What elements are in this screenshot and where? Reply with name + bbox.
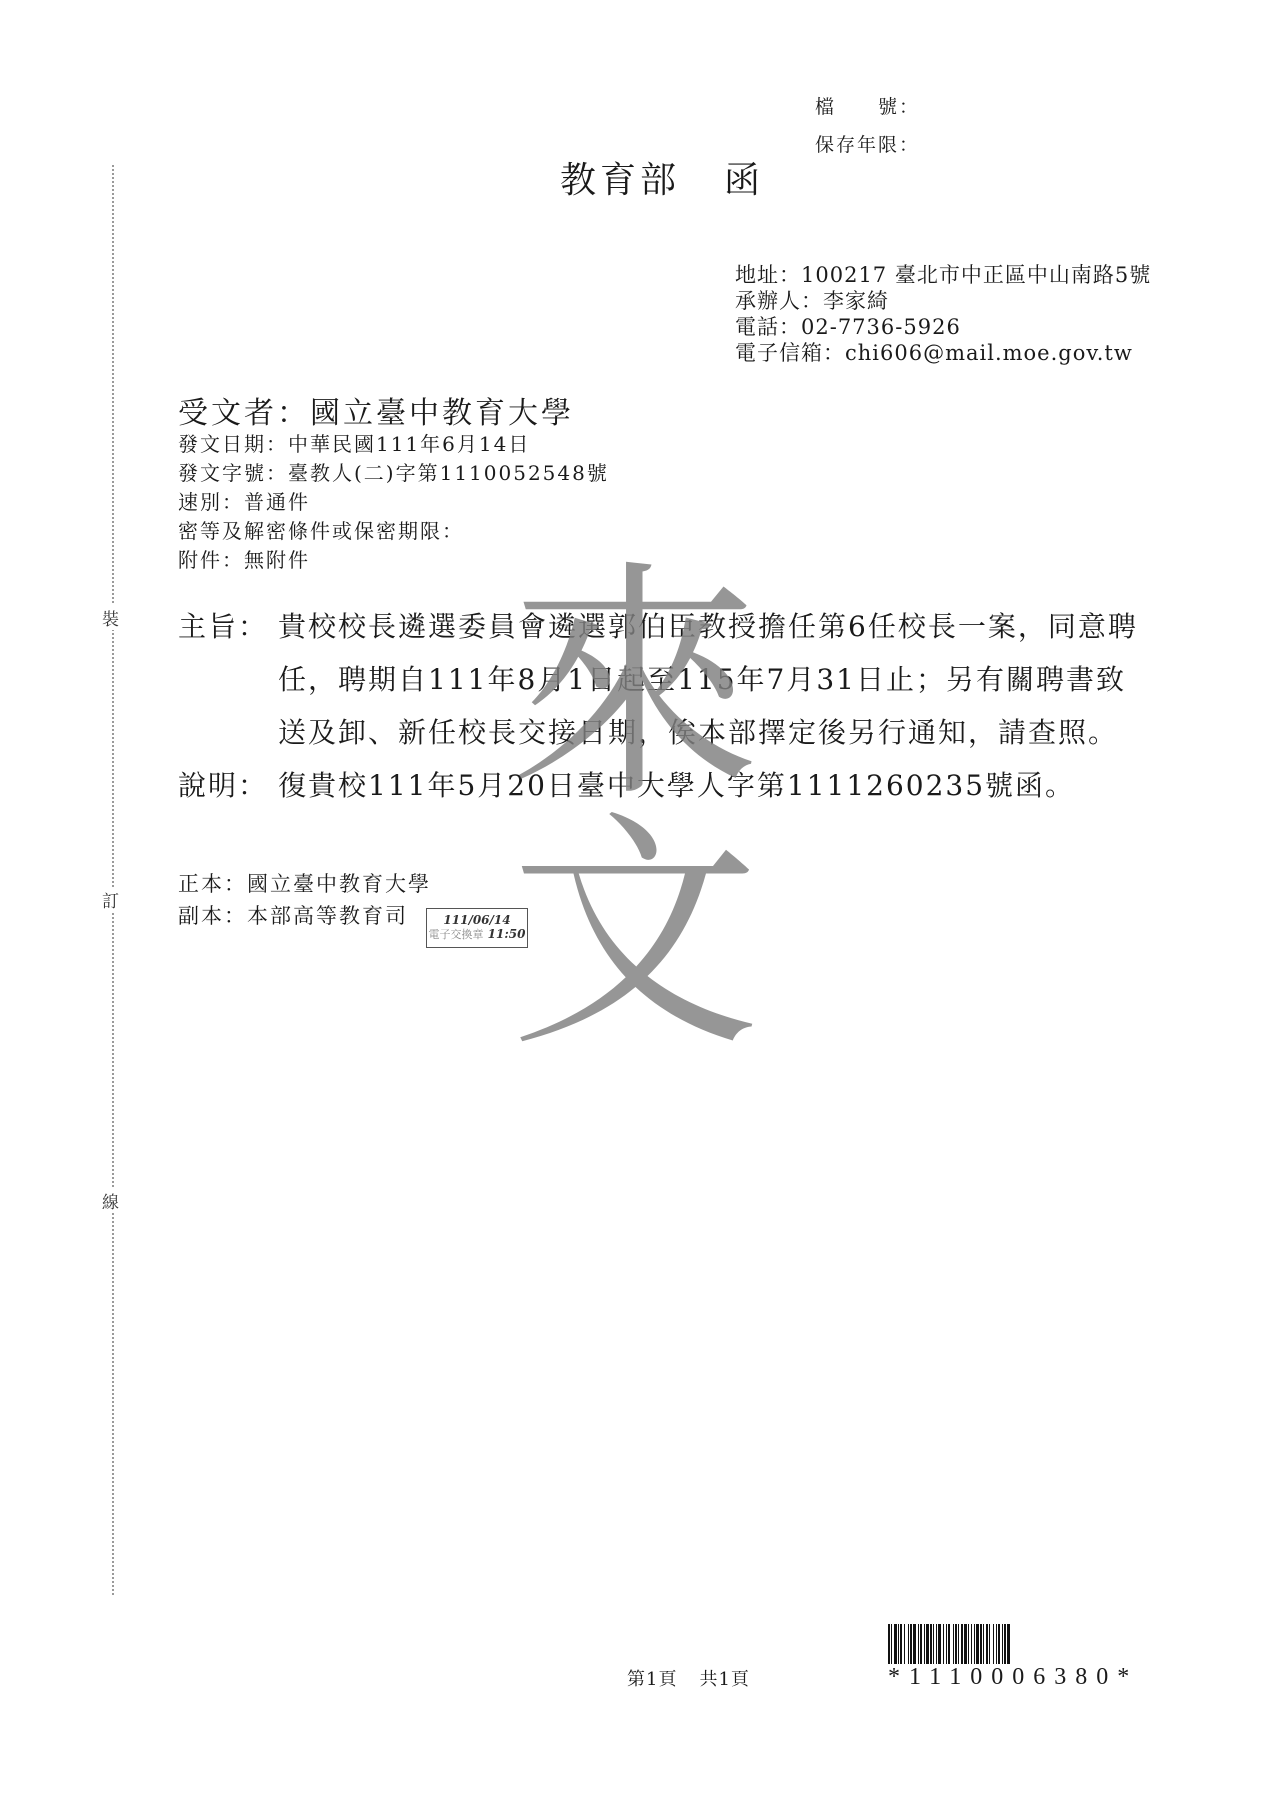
document-title: 教育部函 xyxy=(560,152,764,203)
file-number-label: 檔 號： xyxy=(815,88,920,126)
phone: 電話：02-7736-5926 xyxy=(735,314,1151,340)
electronic-exchange-stamp: 111/06/14 電子交換章 11:50 xyxy=(426,908,528,948)
classification: 密等及解密條件或保密期限： xyxy=(178,517,609,546)
original-recipient: 正本：國立臺中教育大學 xyxy=(178,868,431,900)
document-meta: 發文日期：中華民國111年6月14日 發文字號：臺教人(二)字第11100525… xyxy=(178,430,609,575)
issuer-name: 教育部 xyxy=(560,160,680,201)
binding-line xyxy=(112,165,114,1595)
retention-label: 保存年限： xyxy=(815,126,920,164)
stamp-date: 111/06/14 xyxy=(427,913,527,927)
stamp-time: 11:50 xyxy=(488,927,526,941)
address: 地址：100217 臺北市中正區中山南路5號 xyxy=(735,262,1151,288)
binding-char-ding: 訂 xyxy=(102,887,119,912)
explanation-paragraph: 說明： 復貴校111年5月20日臺中大學人字第1111260235號函。 xyxy=(178,759,1138,812)
contact-block: 地址：100217 臺北市中正區中山南路5號 承辦人：李家綺 電話：02-773… xyxy=(735,262,1151,366)
email: 電子信箱：chi606@mail.moe.gov.tw xyxy=(735,340,1151,366)
explanation-label: 說明： xyxy=(178,759,278,812)
file-meta: 檔 號： 保存年限： xyxy=(815,88,920,164)
document-body: 主旨： 貴校校長遴選委員會遴選郭伯臣教授擔任第6任校長一案，同意聘任，聘期自11… xyxy=(178,600,1138,812)
document-number: 發文字號：臺教人(二)字第1110052548號 xyxy=(178,459,609,488)
watermark-char-wen: 文 xyxy=(505,810,765,1060)
page-indicator: 第1頁共1頁 xyxy=(627,1665,750,1691)
subject-paragraph: 主旨： 貴校校長遴選委員會遴選郭伯臣教授擔任第6任校長一案，同意聘任，聘期自11… xyxy=(178,600,1138,759)
distribution: 正本：國立臺中教育大學 副本：本部高等教育司 xyxy=(178,868,431,932)
stamp-label: 電子交換章 xyxy=(428,928,483,941)
binding-char-zhuang: 裝 xyxy=(102,605,119,630)
handler: 承辦人：李家綺 xyxy=(735,288,1151,314)
binding-char-xian: 線 xyxy=(102,1188,119,1213)
recipient: 受文者：國立臺中教育大學 xyxy=(178,388,574,432)
delivery-speed: 速別：普通件 xyxy=(178,488,609,517)
explanation-text: 復貴校111年5月20日臺中大學人字第1111260235號函。 xyxy=(278,759,1138,812)
issue-date: 發文日期：中華民國111年6月14日 xyxy=(178,430,609,459)
page-total: 共1頁 xyxy=(699,1669,749,1690)
barcode-number: *1110006380* xyxy=(888,1664,1124,1691)
retention-row: 保存年限： xyxy=(815,126,920,164)
subject-text: 貴校校長遴選委員會遴選郭伯臣教授擔任第6任校長一案，同意聘任，聘期自111年8月… xyxy=(278,600,1138,759)
file-number-row: 檔 號： xyxy=(815,88,920,126)
barcode xyxy=(888,1624,1124,1664)
copy-recipient: 副本：本部高等教育司 xyxy=(178,900,431,932)
page-number: 第1頁 xyxy=(627,1669,677,1690)
document-type: 函 xyxy=(724,160,764,201)
attachment: 附件：無附件 xyxy=(178,546,609,575)
subject-label: 主旨： xyxy=(178,600,278,759)
